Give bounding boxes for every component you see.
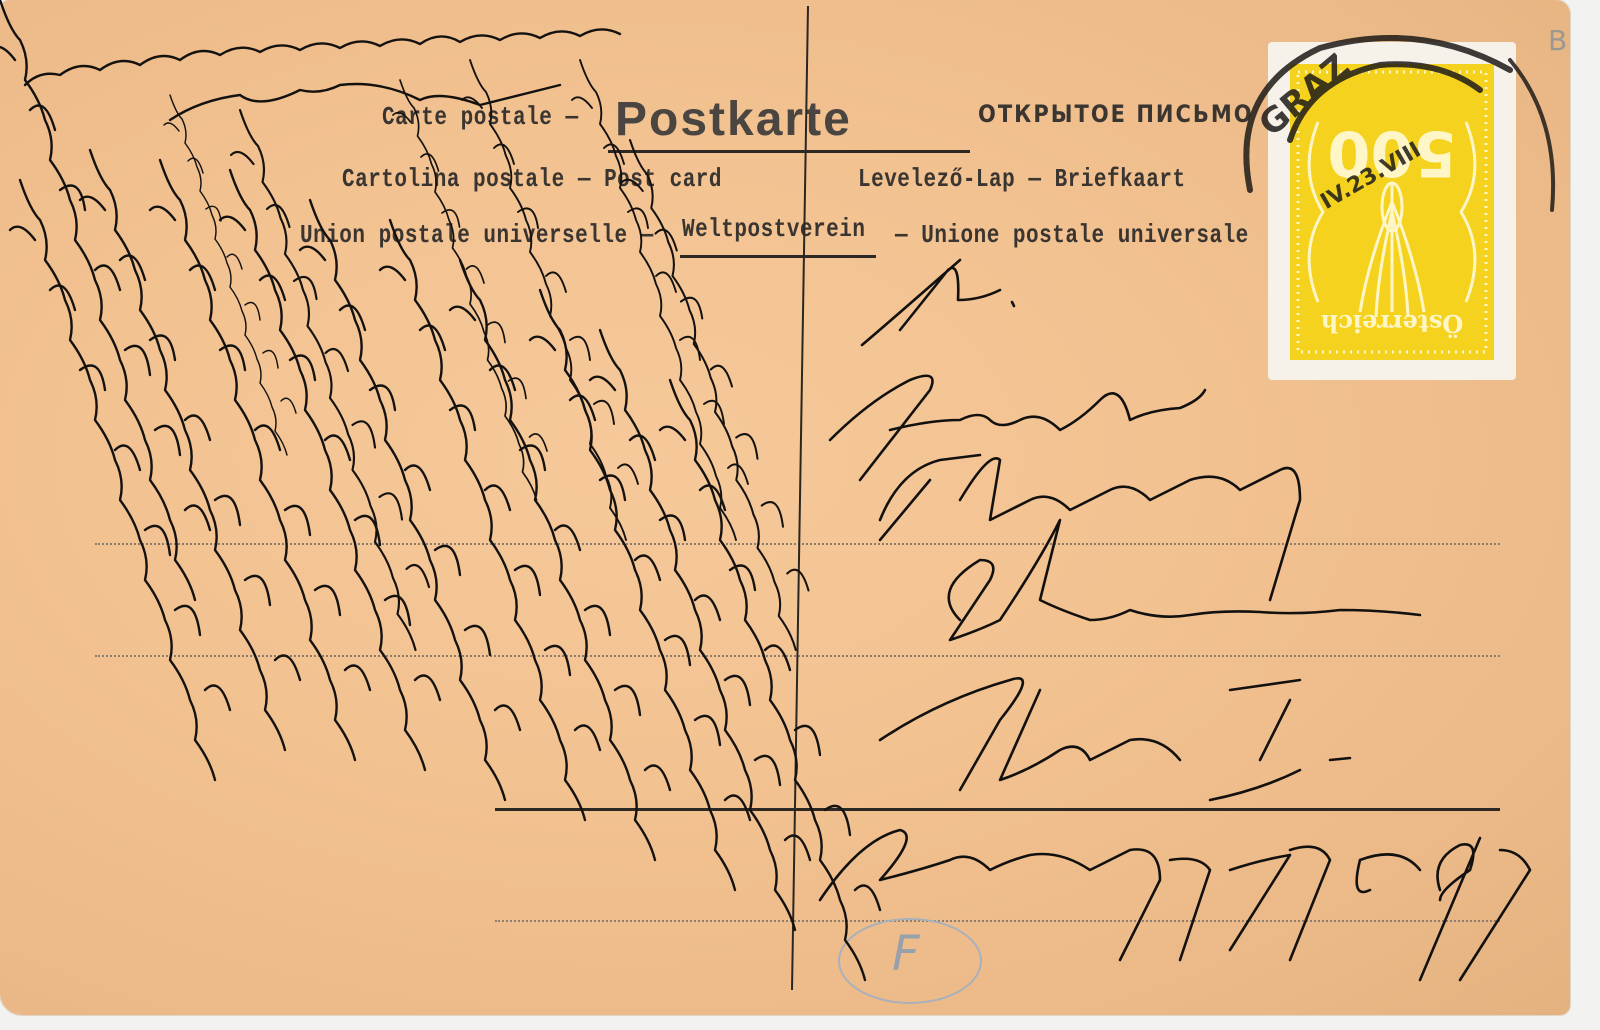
printed-weltpostverein: Weltpostverein bbox=[682, 216, 865, 245]
printed-unione-postale: — Unione postale universale bbox=[895, 222, 1249, 251]
printed-russian: ОТКРЫТОЕ ПИСЬМО bbox=[978, 100, 1254, 128]
address-guideline-2 bbox=[95, 655, 1500, 657]
title-underline bbox=[608, 150, 970, 153]
address-guideline-1 bbox=[95, 543, 1500, 545]
pencil-mark-circled-f: F bbox=[838, 918, 982, 1004]
address-guideline-3 bbox=[495, 920, 1500, 922]
printed-levelezo-lap: Levelező-Lap — Briefkaart bbox=[858, 166, 1186, 195]
weltpostverein-underline bbox=[680, 255, 876, 258]
printed-carte-postale: Carte postale — bbox=[382, 104, 579, 133]
postcard: Carte postale — Postkarte ОТКРЫТОЕ ПИСЬМ… bbox=[0, 0, 1570, 1015]
printed-cartolina-postale: Cartolina postale — Post card bbox=[342, 166, 722, 195]
address-solid-rule bbox=[495, 808, 1500, 811]
printed-union-postale: Union postale universelle — bbox=[300, 222, 654, 251]
printed-title-postkarte: Postkarte bbox=[615, 92, 852, 147]
pencil-mark-b: B bbox=[1548, 24, 1567, 57]
